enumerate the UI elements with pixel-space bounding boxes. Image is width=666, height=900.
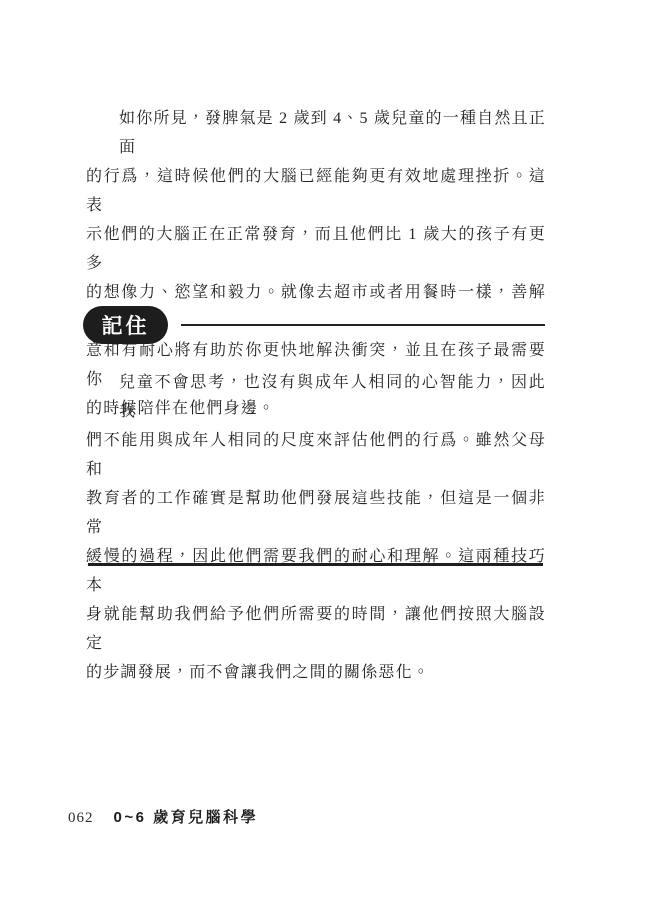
text-line: 如你所見，發脾氣是 2 歲到 4、5 歲兒童的一種自然且正面 (86, 104, 546, 162)
text-line: 身就能幫助我們給予他們所需要的時間，讓他們按照大腦設定 (86, 600, 546, 658)
book-title: 0~6 歲育兒腦科學 (114, 806, 259, 827)
text-line: 的行爲，這時候他們的大腦已經能夠更有效地處理挫折。這表 (86, 162, 546, 220)
section-divider-line (88, 563, 543, 566)
page-footer: 062 0~6 歲育兒腦科學 (68, 806, 258, 827)
page-number: 062 (68, 810, 94, 827)
text-line: 教育者的工作確實是幫助他們發展這些技能，但這是一個非常 (86, 484, 546, 542)
text-line: 們不能用與成年人相同的尺度來評估他們的行爲。雖然父母和 (86, 426, 546, 484)
text-line: 示他們的大腦正在正常發育，而且他們比 1 歲大的孩子有更多 (86, 220, 546, 278)
remember-badge-label: 記住 (102, 310, 150, 340)
callout-rule-line (181, 324, 545, 326)
body-paragraph-2: 兒童不會思考，也沒有與成年人相同的心智能力，因此我們不能用與成年人相同的尺度來評… (86, 368, 546, 687)
text-line: 緩慢的過程，因此他們需要我們的耐心和理解。這兩種技巧本 (86, 542, 546, 600)
book-page: 如你所見，發脾氣是 2 歲到 4、5 歲兒童的一種自然且正面的行爲，這時候他們的… (0, 0, 666, 900)
remember-badge: 記住 (83, 306, 168, 344)
text-line: 的步調發展，而不會讓我們之間的關係惡化。 (86, 658, 546, 687)
text-line: 兒童不會思考，也沒有與成年人相同的心智能力，因此我 (86, 368, 546, 426)
remember-callout: 記住 (83, 306, 545, 344)
